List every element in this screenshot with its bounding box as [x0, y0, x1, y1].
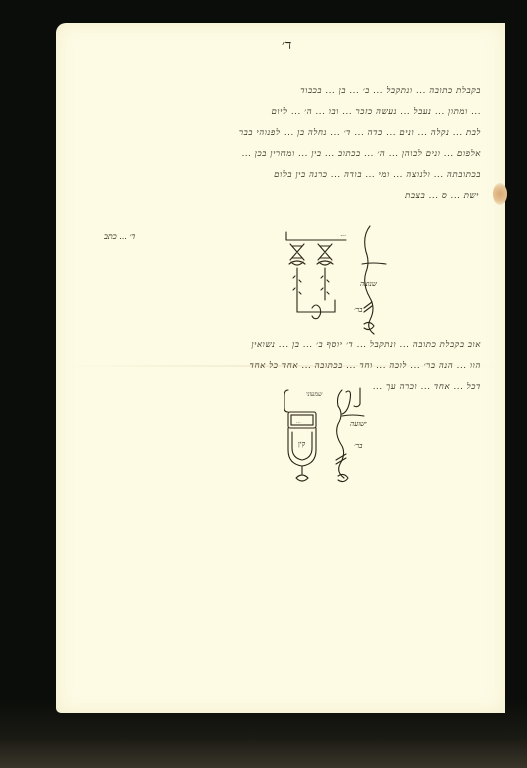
paper-stain	[493, 183, 507, 205]
text-line: הוו ... הנה בר׳ ... לוכה ... וחד ... בכת…	[76, 356, 481, 377]
svg-text:קין: קין	[298, 440, 306, 448]
text-line: בכתובתה ... ולנוצה ... ומי ... בודה ... …	[76, 165, 481, 186]
text-section-2: אוב בקבלת כתובה ... ונתקבל ... ד׳ יוסף ב…	[76, 335, 481, 398]
text-line: אלפום ... ונים לבוהן ... ה׳ ... בכתוב ..…	[76, 144, 481, 165]
text-line: ישת ... ס ... בצבת	[76, 186, 481, 207]
shield-seal-icon: שמעוני ... קין	[284, 386, 394, 496]
text-line: בקבלת כתובה ... ונתקבל ... ב׳ ... בן ...…	[76, 81, 481, 102]
manuscript-page: ד׳ בקבלת כתובה ... ונתקבל ... ב׳ ... בן …	[56, 23, 505, 713]
signature-mark: בר׳	[354, 306, 362, 314]
text-line: ... ומתון ... נעבל ... נעשה כזכר ... ובו…	[76, 102, 481, 123]
signature-mark: בר׳	[354, 442, 362, 450]
signature-mark: ישועה	[350, 420, 367, 428]
text-section-1: בקבלת כתובה ... ונתקבל ... ב׳ ... בן ...…	[76, 81, 481, 207]
seal-and-signature-1: ... שנוצה בר׳	[284, 224, 394, 339]
page-number: ד׳	[282, 37, 291, 53]
seal-caption: ...	[340, 231, 346, 238]
signature-note: ד׳ ... כתב	[104, 232, 135, 241]
svg-text:שמעוני: שמעוני	[306, 391, 323, 398]
seal-and-signature-2: שמעוני ... קין ישועה בר׳	[284, 386, 394, 496]
text-line: לבת ... נקלה ... ונים ... כדה ... ד׳ ...…	[76, 123, 481, 144]
text-line: אוב בקבלת כתובה ... ונתקבל ... ד׳ יוסף ב…	[76, 335, 481, 356]
svg-text:...: ...	[296, 419, 301, 425]
signature-mark: שנוצה	[360, 280, 377, 288]
ornamental-seal-icon: ...	[284, 224, 394, 339]
